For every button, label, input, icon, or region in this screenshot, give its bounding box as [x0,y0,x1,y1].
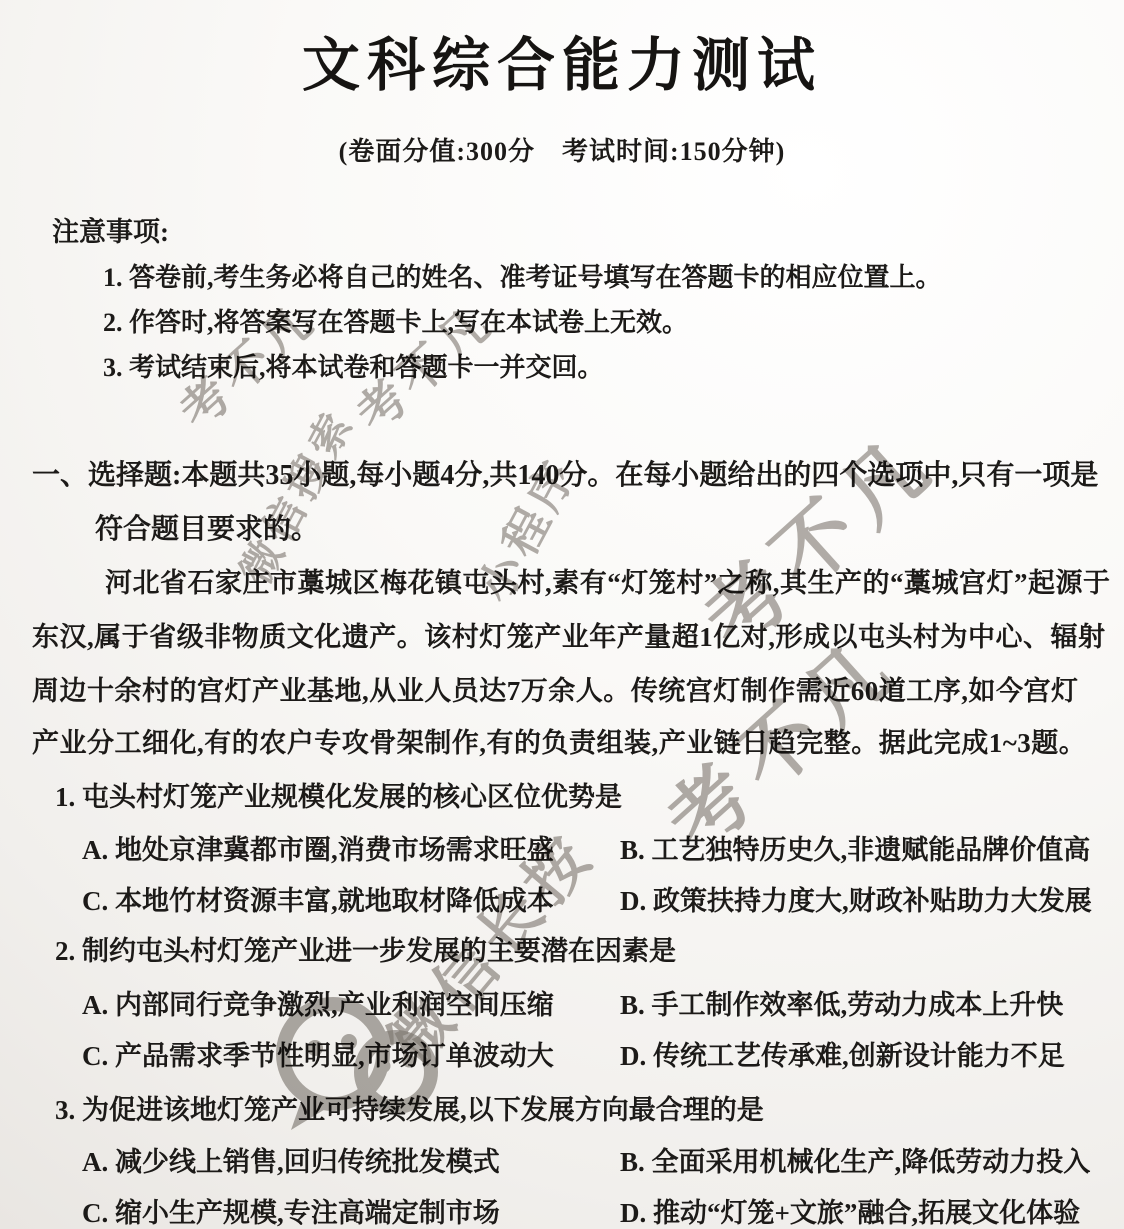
section-header-line: 符合题目要求的。 [95,507,319,547]
option-a: A. 内部同行竞争激烈,产业利润空间压缩 [82,983,554,1022]
option-b: B. 手工制作效率低,劳动力成本上升快 [620,983,1063,1022]
option-c: C. 产品需求季节性明显,市场订单波动大 [82,1034,554,1073]
section-header-line: 一、选择题:本题共35小题,每小题4分,共140分。在每小题给出的四个选项中,只… [32,453,1098,493]
option-c: C. 本地竹材资源丰富,就地取材降低成本 [82,879,554,918]
question-stem: 3. 为促进该地灯笼产业可持续发展,以下发展方向最合理的是 [55,1088,764,1127]
option-d: D. 传统工艺传承难,创新设计能力不足 [620,1034,1065,1073]
passage-line: 东汉,属于省级非物质文化遗产。该村灯笼产业年产量超1亿对,形成以屯头村为中心、辐… [32,615,1106,654]
option-d: D. 推动“灯笼+文旅”融合,拓展文化体验 [620,1191,1080,1229]
notice-item: 3. 考试结束后,将本试卷和答题卡一并交回。 [103,347,604,384]
passage-line: 周边十余村的宫灯产业基地,从业人员达7万余人。传统宫灯制作需近60道工序,如今宫… [32,669,1079,708]
exam-paper-page: 文科综合能力测试 (卷面分值:300分 考试时间:150分钟) 注意事项: 1.… [0,0,1124,1229]
option-a: A. 地处京津冀都市圈,消费市场需求旺盛 [82,828,554,867]
exam-meta: (卷面分值:300分 考试时间:150分钟) [0,131,1124,168]
option-a: A. 减少线上销售,回归传统批发模式 [82,1140,500,1179]
question-stem: 1. 屯头村灯笼产业规模化发展的核心区位优势是 [55,775,622,814]
notice-item: 2. 作答时,将答案写在答题卡上,写在本试卷上无效。 [103,302,688,339]
question-stem: 2. 制约屯头村灯笼产业进一步发展的主要潜在因素是 [55,929,676,968]
passage-line: 河北省石家庄市藁城区梅花镇屯头村,素有“灯笼村”之称,其生产的“藁城宫灯”起源于 [105,561,1111,600]
notice-heading: 注意事项: [52,210,169,249]
option-c: C. 缩小生产规模,专注高端定制市场 [82,1191,500,1229]
option-b: B. 全面采用机械化生产,降低劳动力投入 [620,1140,1090,1179]
option-b: B. 工艺独特历史久,非遗赋能品牌价值高 [620,828,1090,867]
passage-line: 产业分工细化,有的农户专攻骨架制作,有的负责组装,产业链日趋完整。据此完成1~3… [32,721,1086,760]
notice-item: 1. 答卷前,考生务必将自己的姓名、准考证号填写在答题卡的相应位置上。 [103,257,942,294]
option-d: D. 政策扶持力度大,财政补贴助力大发展 [620,879,1092,918]
page-title: 文科综合能力测试 [0,18,1124,102]
